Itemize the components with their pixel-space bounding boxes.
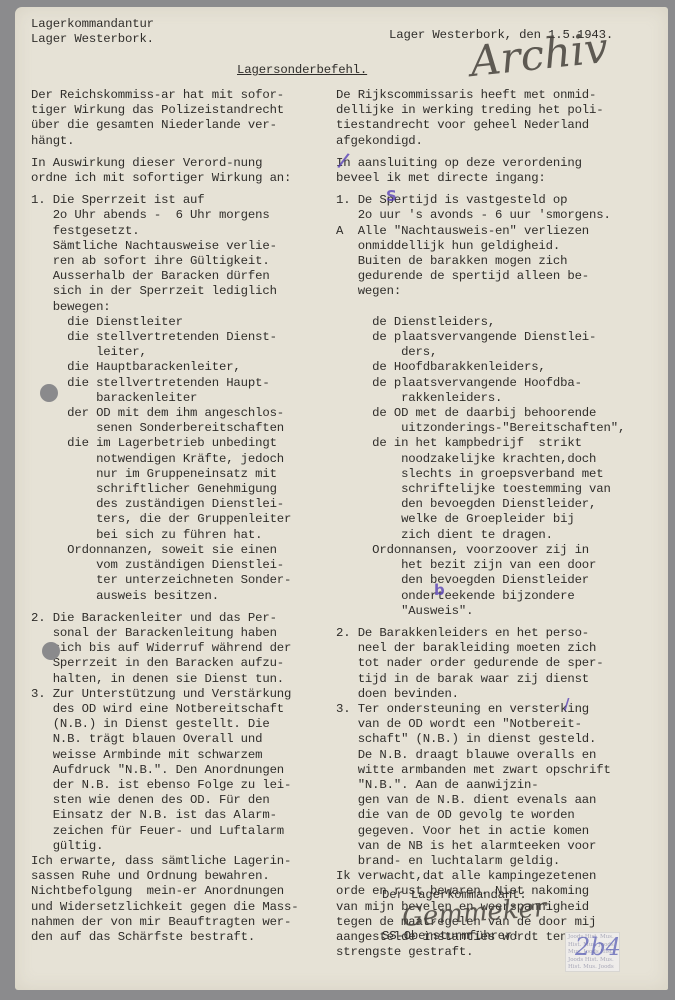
archive-stamp-number: 2b4: [575, 933, 621, 961]
letterhead: Lagerkommandantur Lager Westerbork.: [31, 17, 154, 47]
german-paragraph-items-2-3-closing: 2. Die Barackenleiter und das Per- sonal…: [31, 611, 299, 945]
pen-correction-mark: /: [564, 695, 569, 713]
german-paragraph-order: In Auswirkung dieser Verord-nung ordne i…: [31, 156, 299, 186]
punch-hole-icon: [40, 384, 58, 402]
dutch-paragraph-order: In aansluiting op deze verordening bevee…: [336, 156, 625, 186]
german-paragraph-item-1: 1. Die Sperrzeit ist auf 2o Uhr abends -…: [31, 193, 299, 603]
punch-hole-icon: [42, 642, 60, 660]
german-text-column: Der Reichskommiss-ar hat mit sofor- tige…: [31, 88, 299, 952]
document-title: Lagersonderbefehl.: [237, 63, 367, 78]
dutch-paragraph-item-1: 1. De Spertijd is vastgesteld op 2o uur …: [336, 193, 625, 619]
dutch-text-column: De Rijkscommissaris heeft met onmid- del…: [336, 88, 625, 967]
pen-correction-mark: b: [434, 581, 445, 599]
letterhead-line-1: Lagerkommandantur: [31, 17, 154, 31]
letterhead-line-2: Lager Westerbork.: [31, 32, 154, 46]
signature-rank: SS-Obersturmführer!: [382, 929, 519, 944]
dutch-paragraph-intro: De Rijkscommissaris heeft met onmid- del…: [336, 88, 625, 149]
german-paragraph-intro: Der Reichskommiss-ar hat mit sofor- tige…: [31, 88, 299, 149]
pen-correction-mark: S: [386, 187, 397, 205]
